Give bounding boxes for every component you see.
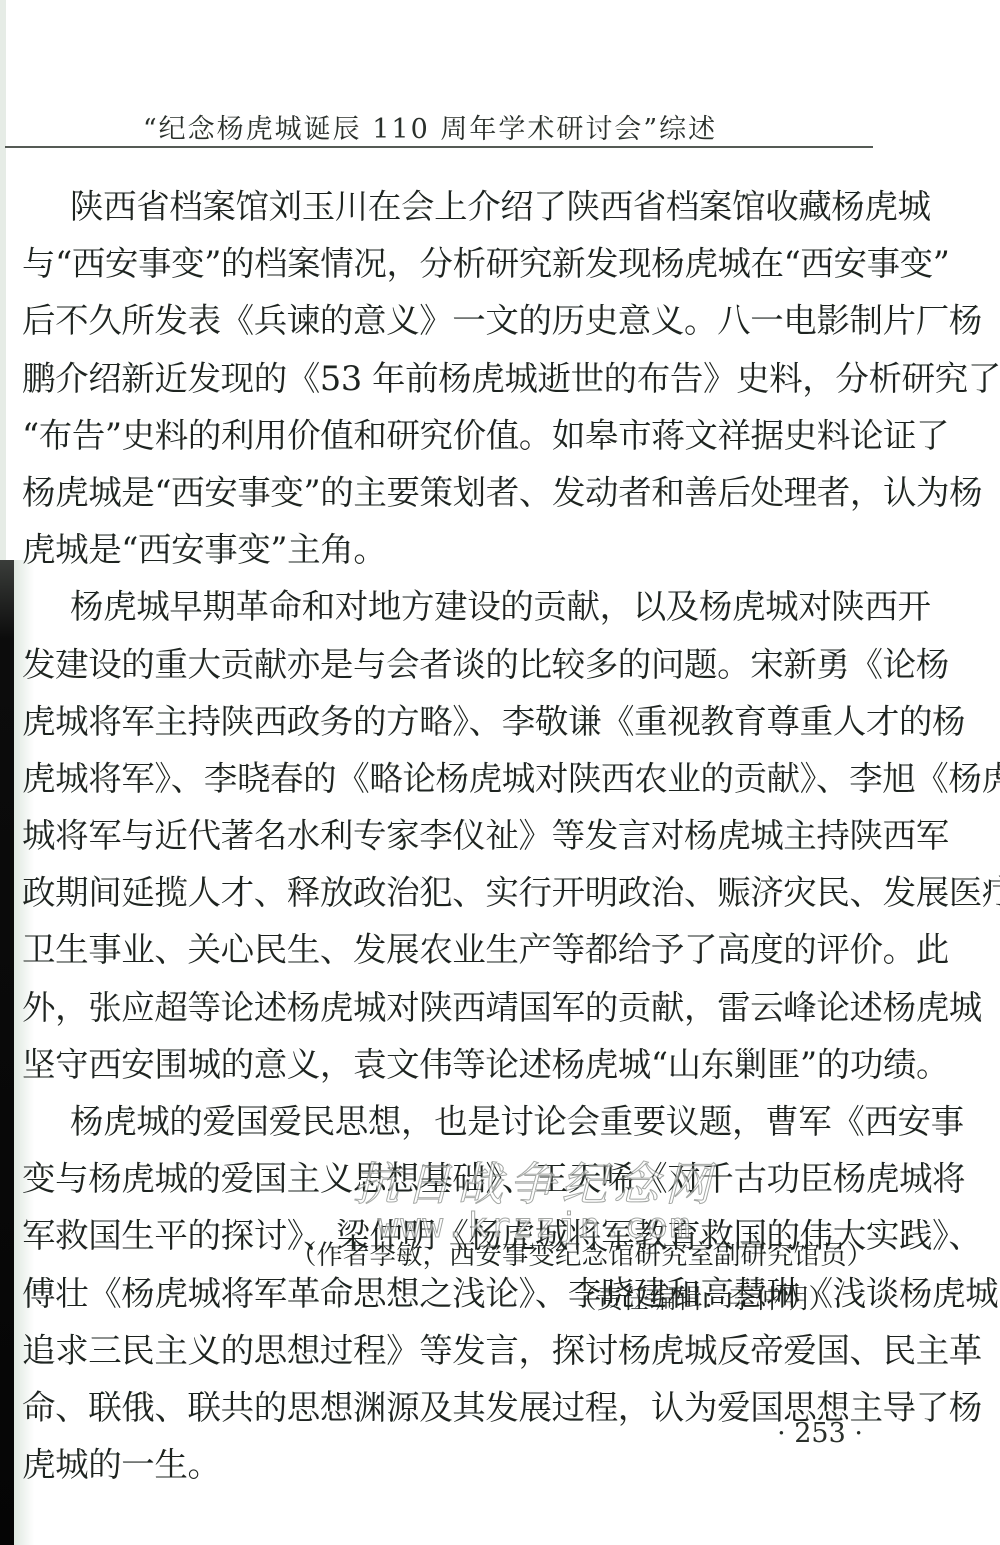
editor-note: （责任编辑：李仲明） <box>500 1280 835 1320</box>
text-line: 与“西安事变”的档案情况，分析研究新发现杨虎城在“西安事变” <box>22 235 902 292</box>
text-line: 陕西省档案馆刘玉川在会上介绍了陕西省档案馆收藏杨虎城 <box>22 178 902 235</box>
text-line: 杨虎城是“西安事变”的主要策划者、发动者和善后处理者，认为杨 <box>22 464 902 521</box>
text-line: 鹏介绍新近发现的《53 年前杨虎城逝世的布告》史料，分析研究了 <box>22 350 902 407</box>
text-line: 虎城将军主持陕西政务的方略》、李敬谦《重视教育尊重人才的杨 <box>22 693 902 750</box>
text-line: 政期间延揽人才、释放政治犯、实行开明政治、赈济灾民、发展医疗 <box>22 864 902 921</box>
page-number: · 253 · <box>770 1418 870 1449</box>
scan-edge-shadow <box>0 560 14 1545</box>
text-line: “布告”史料的利用价值和研究价值。如皋市蒋文祥据史料论证了 <box>22 407 902 464</box>
text-line: 城将军与近代著名水利专家李仪祉》等发言对杨虎城主持陕西军 <box>22 807 902 864</box>
scan-edge-light <box>0 0 6 560</box>
text-line: 发建设的重大贡献亦是与会者谈的比较多的问题。宋新勇《论杨 <box>22 636 902 693</box>
author-note: （作者李敏，西安事变纪念馆研究室副研究馆员） <box>290 1236 835 1276</box>
text-line: 虎城是“西安事变”主角。 <box>22 521 902 578</box>
text-line: 杨虎城的爱国爱民思想，也是讨论会重要议题，曹军《西安事 <box>22 1093 902 1150</box>
text-line: 杨虎城早期革命和对地方建设的贡献，以及杨虎城对陕西开 <box>22 578 902 635</box>
text-line: 变与杨虎城的爱国主义思想基础》、王天唏《对千古功臣杨虎城将 <box>22 1150 902 1207</box>
running-header: “纪念杨虎城诞辰 110 周年学术研讨会”综述 <box>0 107 880 146</box>
text-line: 外，张应超等论述杨虎城对陕西靖国军的贡献，雷云峰论述杨虎城 <box>22 979 902 1036</box>
text-line: 后不久所发表《兵谏的意义》一文的历史意义。八一电影制片厂杨 <box>22 292 902 349</box>
header-rule <box>5 146 873 148</box>
running-header-title: “纪念杨虎城诞辰 110 周年学术研讨会”综述 <box>143 107 717 146</box>
text-line: 追求三民主义的思想过程》等发言，探讨杨虎城反帝爱国、民主革 <box>22 1322 902 1379</box>
text-line: 虎城将军》、李晓春的《略论杨虎城对陕西农业的贡献》、李旭《杨虎 <box>22 750 902 807</box>
text-line: 卫生事业、关心民生、发展农业生产等都给予了高度的评价。此 <box>22 921 902 978</box>
text-line: 坚守西安围城的意义，袁文伟等论述杨虎城“山东剿匪”的功绩。 <box>22 1036 902 1093</box>
